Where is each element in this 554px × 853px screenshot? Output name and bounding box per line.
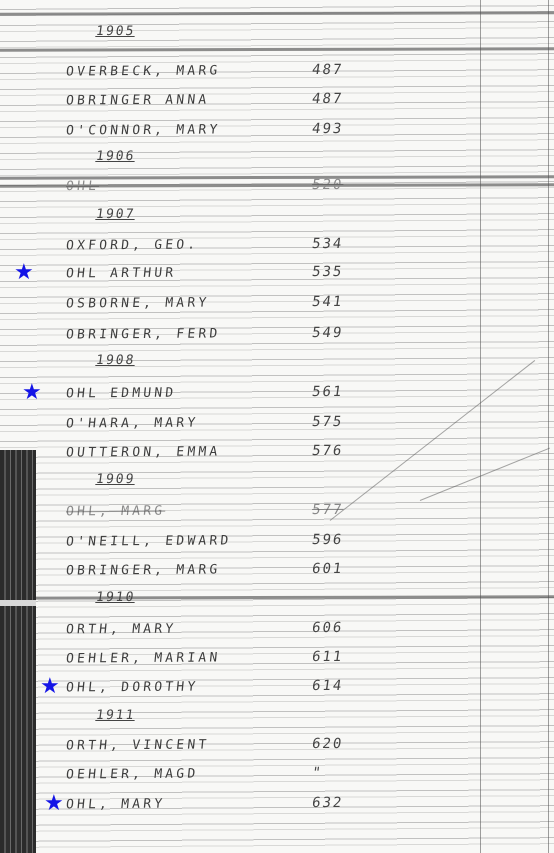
entry-name: OHL EDMUND bbox=[65, 386, 177, 402]
entry-name: ORTH, VINCENT bbox=[65, 737, 210, 753]
register-row: OXFORD, GEO.534 bbox=[0, 236, 420, 260]
star-marker-icon: ★ bbox=[40, 676, 60, 698]
year-label: 1905 bbox=[95, 24, 136, 39]
entry-name: O'CONNOR, MARY bbox=[65, 122, 221, 138]
entry-name: OHL bbox=[65, 179, 100, 194]
entry-number: 487 bbox=[311, 91, 345, 107]
entry-name: OHL, MARY bbox=[65, 797, 166, 813]
register-row: ★OHL, MARY632 bbox=[0, 795, 420, 819]
entry-name: O'HARA, MARY bbox=[65, 416, 199, 432]
register-row: OBRINGER ANNA487 bbox=[0, 91, 420, 115]
entry-number: 575 bbox=[311, 414, 345, 430]
entry-name: O'NEILL, EDWARD bbox=[65, 533, 232, 549]
entry-number: 611 bbox=[311, 649, 345, 665]
entry-name: OHL ARTHUR bbox=[65, 266, 177, 282]
entry-number: 520 bbox=[311, 177, 345, 193]
entry-name: OHL, MARG bbox=[65, 504, 166, 520]
entry-number: 620 bbox=[311, 736, 345, 752]
entry-number: 632 bbox=[311, 795, 345, 811]
register-row: ★OHL ARTHUR535 bbox=[0, 264, 420, 288]
entry-name: OEHLER, MARIAN bbox=[65, 650, 221, 666]
entry-number: 487 bbox=[311, 62, 345, 78]
star-marker-icon: ★ bbox=[14, 262, 34, 284]
register-row: OVERBECK, MARG487 bbox=[0, 62, 420, 86]
entry-number: 576 bbox=[311, 443, 345, 459]
year-label: 1908 bbox=[95, 353, 136, 368]
year-heading: 1908 bbox=[0, 353, 420, 377]
year-heading: 1905 bbox=[0, 24, 420, 48]
entry-name: OXFORD, GEO. bbox=[65, 238, 199, 254]
rule bbox=[0, 11, 554, 15]
star-marker-icon: ★ bbox=[44, 793, 64, 815]
entry-name: OBRINGER ANNA bbox=[65, 92, 210, 108]
year-heading: 1911 bbox=[0, 708, 420, 732]
entry-number: 541 bbox=[311, 294, 345, 310]
register-row: OSBORNE, MARY541 bbox=[0, 294, 420, 318]
register-row: OUTTERON, EMMA576 bbox=[0, 443, 420, 467]
entry-number: 606 bbox=[311, 620, 345, 636]
register-row: O'HARA, MARY575 bbox=[0, 414, 420, 438]
register-row: OHL520 bbox=[0, 177, 420, 201]
year-label: 1906 bbox=[95, 149, 136, 164]
year-heading: 1909 bbox=[0, 472, 420, 496]
register-row: OBRINGER, FERD549 bbox=[0, 325, 420, 349]
register-row: ★OHL EDMUND561 bbox=[0, 384, 420, 408]
register-row: O'NEILL, EDWARD596 bbox=[0, 532, 420, 556]
entry-number: 535 bbox=[311, 264, 345, 280]
entry-name: OUTTERON, EMMA bbox=[65, 444, 221, 460]
year-label: 1910 bbox=[95, 590, 136, 605]
register-row: ORTH, VINCENT620 bbox=[0, 736, 420, 760]
entry-number: 577 bbox=[311, 502, 345, 518]
entry-name: OBRINGER, MARG bbox=[65, 562, 221, 578]
year-heading: 1907 bbox=[0, 207, 420, 231]
entry-name: OSBORNE, MARY bbox=[65, 295, 210, 311]
column-line bbox=[548, 0, 549, 853]
register-row: OEHLER, MAGD" bbox=[0, 765, 420, 789]
entry-number: 596 bbox=[311, 532, 345, 548]
entry-number: 601 bbox=[311, 561, 345, 577]
entry-name: OHL, DOROTHY bbox=[65, 680, 199, 696]
pencil-stroke bbox=[420, 448, 550, 501]
entry-name: OEHLER, MAGD bbox=[65, 767, 199, 783]
entry-number: 549 bbox=[311, 325, 345, 341]
register-row: OEHLER, MARIAN611 bbox=[0, 649, 420, 673]
entry-number: 561 bbox=[311, 384, 345, 400]
register-row: O'CONNOR, MARY493 bbox=[0, 121, 420, 145]
register-row: OHL, MARG577 bbox=[0, 502, 420, 526]
entry-name: OVERBECK, MARG bbox=[65, 63, 221, 79]
year-label: 1909 bbox=[95, 472, 136, 487]
year-heading: 1910 bbox=[0, 590, 420, 614]
star-marker-icon: ★ bbox=[22, 382, 42, 404]
year-label: 1907 bbox=[95, 207, 136, 222]
entry-number: 493 bbox=[311, 121, 345, 137]
entry-number: 534 bbox=[311, 236, 345, 252]
register-row: ★OHL, DOROTHY614 bbox=[0, 678, 420, 702]
entry-name: OBRINGER, FERD bbox=[65, 326, 221, 342]
year-heading: 1906 bbox=[0, 149, 420, 173]
column-line bbox=[480, 0, 481, 853]
entry-number: " bbox=[311, 765, 324, 781]
register-row: OBRINGER, MARG601 bbox=[0, 561, 420, 585]
entry-name: ORTH, MARY bbox=[65, 622, 177, 638]
entry-number: 614 bbox=[311, 678, 345, 694]
register-row: ORTH, MARY606 bbox=[0, 620, 420, 644]
year-label: 1911 bbox=[95, 708, 136, 723]
